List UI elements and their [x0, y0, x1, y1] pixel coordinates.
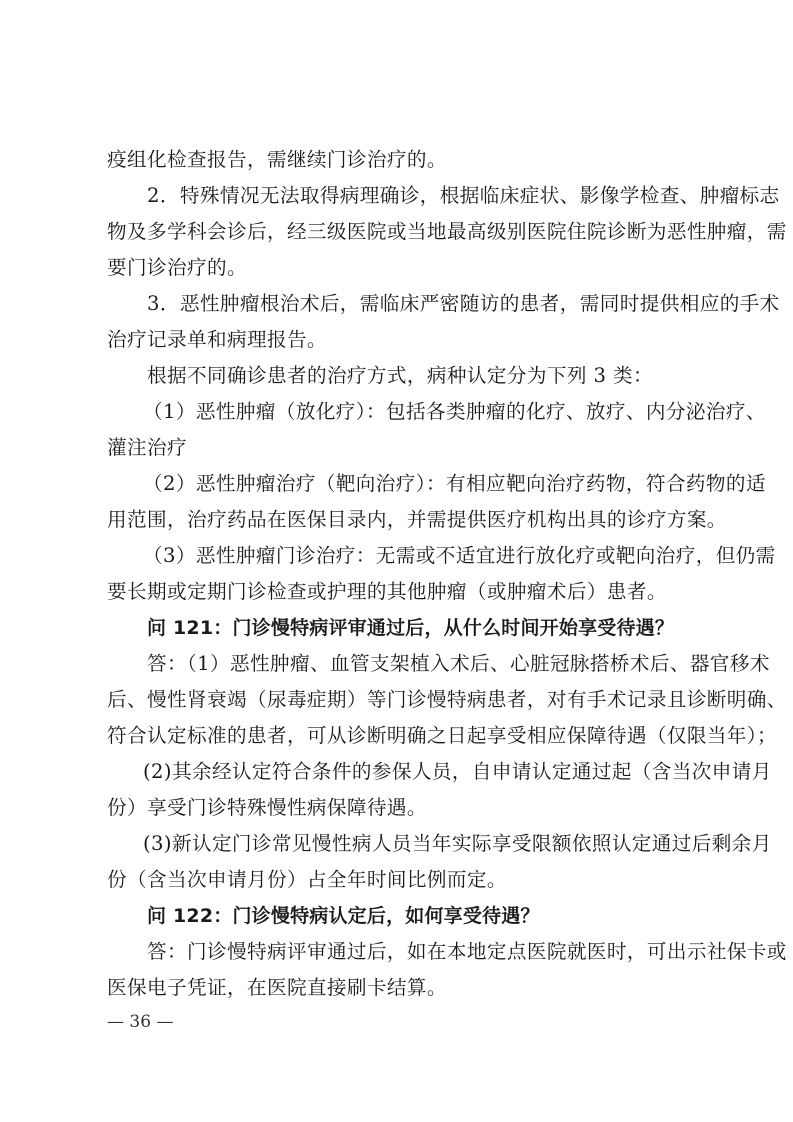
paragraph-line: 灌注治疗 [107, 430, 691, 466]
paragraph-line: 疫组化检查报告，需继续门诊治疗的。 [107, 142, 691, 178]
answer-line: 份）享受门诊特殊慢性病保障待遇。 [107, 790, 691, 826]
answer-line: (2)其余经认定符合条件的参保人员，自申请认定通过起（含当次申请月 [107, 754, 691, 790]
page-number: — 36 — [107, 1010, 173, 1034]
answer-line: 后、慢性肾衰竭（尿毒症期）等门诊慢特病患者，对有手术记录且诊断明确、 [107, 682, 691, 718]
paragraph-line: 2．特殊情况无法取得病理确诊，根据临床症状、影像学检查、肿瘤标志 [107, 178, 691, 214]
answer-line: 份（含当次申请月份）占全年时间比例而定。 [107, 862, 691, 898]
paragraph-line: 3．恶性肿瘤根治术后，需临床严密随访的患者，需同时提供相应的手术 [107, 286, 691, 322]
paragraph-line: 用范围，治疗药品在医保目录内，并需提供医疗机构出具的诊疗方案。 [107, 502, 691, 538]
paragraph-line: （1）恶性肿瘤（放化疗）：包括各类肿瘤的化疗、放疗、内分泌治疗、 [107, 394, 691, 430]
paragraph-line: 要长期或定期门诊检查或护理的其他肿瘤（或肿瘤术后）患者。 [107, 574, 691, 610]
answer-line: (3)新认定门诊常见慢性病人员当年实际享受限额依照认定通过后剩余月 [107, 826, 691, 862]
paragraph-line: 要门诊治疗的。 [107, 250, 691, 286]
paragraph-line: （2）恶性肿瘤治疗（靶向治疗）：有相应靶向治疗药物，符合药物的适 [107, 466, 691, 502]
answer-line: 答：（1）恶性肿瘤、血管支架植入术后、心脏冠脉搭桥术后、器官移术 [107, 646, 691, 682]
question-heading: 问 122：门诊慢特病认定后，如何享受待遇？ [107, 898, 691, 934]
paragraph-line: 治疗记录单和病理报告。 [107, 322, 691, 358]
answer-line: 答：门诊慢特病评审通过后，如在本地定点医院就医时，可出示社保卡或 [107, 934, 691, 970]
answer-line: 符合认定标准的患者，可从诊断明确之日起享受相应保障待遇（仅限当年）； [107, 718, 691, 754]
question-heading: 问 121：门诊慢特病评审通过后，从什么时间开始享受待遇？ [107, 610, 691, 646]
paragraph-line: （3）恶性肿瘤门诊治疗：无需或不适宜进行放化疗或靶向治疗，但仍需 [107, 538, 691, 574]
document-body: 疫组化检查报告，需继续门诊治疗的。 2．特殊情况无法取得病理确诊，根据临床症状、… [107, 142, 691, 1006]
paragraph-line: 根据不同确诊患者的治疗方式，病种认定分为下列 3 类： [107, 358, 691, 394]
paragraph-line: 物及多学科会诊后，经三级医院或当地最高级别医院住院诊断为恶性肿瘤，需 [107, 214, 691, 250]
answer-line: 医保电子凭证，在医院直接刷卡结算。 [107, 970, 691, 1006]
